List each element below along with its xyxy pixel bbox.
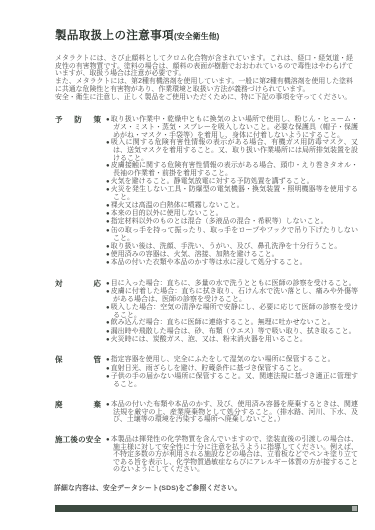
section-2: 保管指定容器を使用し、完全にふたをして湿気のない場所に保管すること。直射日光、雨… — [55, 356, 358, 388]
section-label: 廃棄 — [55, 401, 101, 424]
bullet-item: 裸火又は高温の白熱体に噴霧しないこと。 — [106, 202, 358, 210]
intro-paragraph: 安全・衛生に注意し、正しく製品をご使用いただくために、特に下記の事項を守ってくだ… — [55, 94, 353, 102]
bullet-item: 使用済みの容器は、火気、溶接、加熱を避けること。 — [106, 251, 358, 259]
bullet-item: 缶の取っ手を持って振ったり、取っ手をロープやフックで吊り下げたりしないこと。 — [106, 227, 358, 243]
bullet-item: 直射日光、雨ざらしを避け、貯蔵条件に基づき保管すること。 — [106, 365, 358, 373]
bullet-item: 吸入した場合：空気の清浄な場所で安静にし、必要に応じて医師の診察を受けること。 — [106, 304, 358, 320]
bullet-item: 飲み込んだ場合：直ちに医師に連絡すること。無理に吐かせないこと。 — [106, 319, 358, 327]
bullet-item: 本品の付いた布類や本品のかす、及び、使用済み容器を廃棄するときは、関連法規を厳守… — [106, 401, 358, 424]
bullet-item: 取り扱い作業中・乾燥中ともに換気のよい場所で使用し、粉じん・ヒューム・ガス・ミス… — [106, 116, 358, 139]
section-items: 取り扱い作業中・乾燥中ともに換気のよい場所で使用し、粉じん・ヒューム・ガス・ミス… — [106, 116, 358, 268]
bullet-item: 子供の手の届かない場所に保管すること。又、関連法規に基づき適正に管理すること。 — [106, 373, 358, 389]
bullet-item: 皮膚に付着した場合：直ちに拭き取り、石けん水で洗い落とし、痛みや外傷等がある場合… — [106, 288, 358, 304]
bullet-item: 火気を避けること。静電気放電に対する予防処置を講ずること。 — [106, 178, 358, 186]
bullet-item: 皮膚接触に関する危険有害性情報の表示がある場合、頭巾・えり巻きタオル・長袖の作業… — [106, 162, 358, 178]
footer-note: 詳細な内容は、安全データシート(SDS)をご参照ください。 — [54, 482, 354, 492]
intro-paragraphs: メタラクトには、さび止顔料としてクロム化合物が含まれています。これは、経口・経気… — [55, 55, 353, 101]
section-3: 廃棄本品の付いた布類や本品のかす、及び、使用済み容器を廃棄するときは、関連法規を… — [55, 401, 358, 424]
bullet-item: 本製品は揮発性の化学物質を含んでいますので、塗装直後の引渡しの場合は、施主様に対… — [106, 436, 358, 474]
bullet-item: 指定容器を使用し、完全にふたをして湿気のない場所に保管すること。 — [106, 356, 358, 364]
bullet-item: 火災時には、炭酸ガス、泡、又は、粉末消火器を用いること。 — [106, 336, 358, 344]
bullet-item: 指定材料以外のものとは混合（多液品の混合・希釈等）しないこと。 — [106, 218, 358, 226]
bullet-item: 目に入った場合：直ちに、多量の水で洗うとともに医師の診察を受けること。 — [106, 280, 358, 288]
section-label: 施工後の安全 — [55, 436, 101, 474]
bullet-item: 吸入に関する危険有害性情報の表示がある場合、有機ガス用防毒マスク、又は、送気マス… — [106, 139, 358, 162]
section-0: 予防策取り扱い作業中・乾燥中ともに換気のよい場所で使用し、粉じん・ヒューム・ガス… — [55, 116, 358, 268]
bullet-item: 取り扱い後は、洗顔、手洗い、うがい、及び、鼻孔洗浄を十分行うこと。 — [106, 243, 358, 251]
section-items: 目に入った場合：直ちに、多量の水で洗うとともに医師の診察を受けること。皮膚に付着… — [106, 280, 358, 345]
intro-paragraph: メタラクトには、さび止顔料としてクロム化合物が含まれています。これは、経口・経気… — [55, 55, 353, 78]
bullet-item: 漏出時や飛散した場合は、砂、布類（ウエス）等で吸い取り、拭き取ること。 — [106, 328, 358, 336]
section-items: 本品の付いた布類や本品のかす、及び、使用済み容器を廃棄するときは、関連法規を厳守… — [106, 401, 358, 424]
section-items: 指定容器を使用し、完全にふたをして湿気のない場所に保管すること。直射日光、雨ざら… — [106, 356, 358, 388]
page-title-main: 製品取扱上の注意事項 — [55, 30, 174, 42]
page-title-suffix: (安全衛生他) — [174, 32, 219, 41]
section-label: 予防策 — [55, 116, 101, 268]
document-page: 製品取扱上の注意事項(安全衛生他) メタラクトには、さび止顔料としてクロム化合物… — [0, 0, 375, 530]
page-title: 製品取扱上の注意事項(安全衛生他) — [55, 29, 355, 44]
footer-bar — [55, 505, 358, 512]
section-4: 施工後の安全本製品は揮発性の化学物質を含んでいますので、塗装直後の引渡しの場合は… — [55, 436, 358, 474]
bullet-item: 本品の付いた衣類や本品のかす等は水に浸して処分すること。 — [106, 259, 358, 267]
bullet-item: 火災を発生しない工具・防爆型の電気機器・換気装置・照明機器等を使用すること。 — [106, 186, 358, 202]
section-label: 保管 — [55, 356, 101, 388]
section-1: 対応目に入った場合：直ちに、多量の水で洗うとともに医師の診察を受けること。皮膚に… — [55, 280, 358, 345]
section-items: 本製品は揮発性の化学物質を含んでいますので、塗装直後の引渡しの場合は、施主様に対… — [106, 436, 358, 474]
intro-paragraph: また、メタラクトには、第2種有機溶剤を使用しています。一般に第2種有機溶剤を使用… — [55, 78, 353, 93]
page-marker — [352, 506, 357, 511]
section-label: 対応 — [55, 280, 101, 345]
sections: 予防策取り扱い作業中・乾燥中ともに換気のよい場所で使用し、粉じん・ヒューム・ガス… — [55, 116, 358, 485]
